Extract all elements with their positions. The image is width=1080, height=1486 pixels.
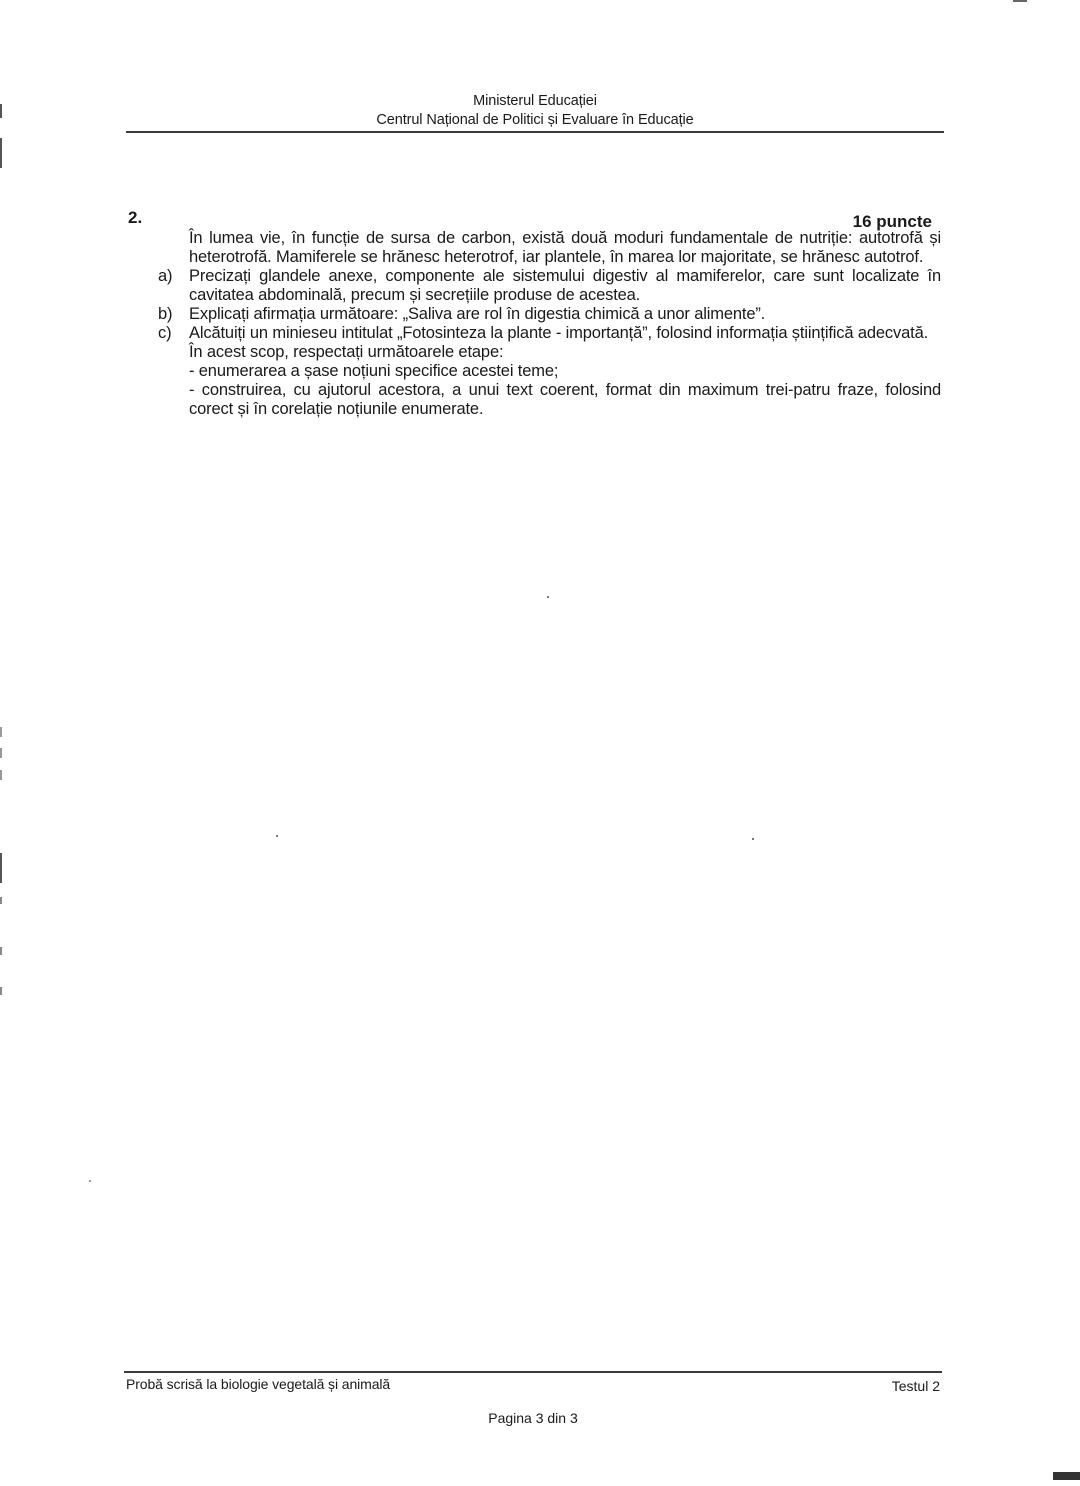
footer-divider [124, 1371, 942, 1373]
subquestion-text: Explicați afirmația următoare: „Saliva a… [189, 305, 765, 323]
exam-title: Probă scrisă la biologie vegetală și ani… [126, 1376, 390, 1392]
question-intro: În lumea vie, în funcție de sursa de car… [189, 229, 941, 267]
scan-dot [89, 1180, 91, 1182]
scan-mark [0, 748, 2, 758]
scan-mark [0, 138, 2, 168]
subquestion-a: a) Precizați glandele anexe, componente … [189, 267, 941, 305]
subquestion-c: c) Alcătuiți un minieseu intitulat „Foto… [189, 324, 941, 343]
subquestion-letter: b) [158, 305, 172, 324]
subquestion-text: Alcătuiți un minieseu intitulat „Fotosin… [189, 324, 928, 342]
subquestion-letter: c) [158, 324, 171, 343]
scan-mark [0, 727, 2, 737]
center-name: Centrul Național de Politici și Evaluare… [126, 111, 944, 130]
subquestion-text: Precizați glandele anexe, componente ale… [189, 267, 941, 304]
header-divider [126, 131, 944, 133]
ministry-name: Ministerul Educației [126, 92, 944, 111]
scan-dot [276, 835, 278, 837]
scan-mark [0, 104, 2, 118]
page-number: Pagina 3 din 3 [0, 1410, 1066, 1426]
question-content: În lumea vie, în funcție de sursa de car… [189, 229, 941, 419]
instruction-step: - enumerarea a șase noțiuni specifice ac… [189, 362, 941, 381]
subquestion-b: b) Explicați afirmația următoare: „Saliv… [189, 305, 941, 324]
scan-mark [0, 987, 2, 995]
scan-mark [1013, 0, 1027, 2]
subquestion-letter: a) [158, 267, 172, 286]
document-page: Ministerul Educației Centrul Național de… [0, 0, 1080, 1486]
test-label: Testul 2 [892, 1378, 940, 1394]
scan-mark [0, 897, 2, 904]
instruction-step: - construirea, cu ajutorul acestora, a u… [189, 381, 941, 419]
scan-mark [1053, 1472, 1080, 1480]
scan-mark [0, 947, 2, 955]
page-header: Ministerul Educației Centrul Național de… [126, 92, 944, 130]
scan-mark [0, 853, 2, 883]
scan-dot [547, 596, 549, 598]
question-number: 2. [128, 208, 142, 228]
scan-dot [752, 838, 754, 840]
scan-mark [0, 770, 2, 780]
instructions-intro: În acest scop, respectați următoarele et… [189, 343, 941, 362]
